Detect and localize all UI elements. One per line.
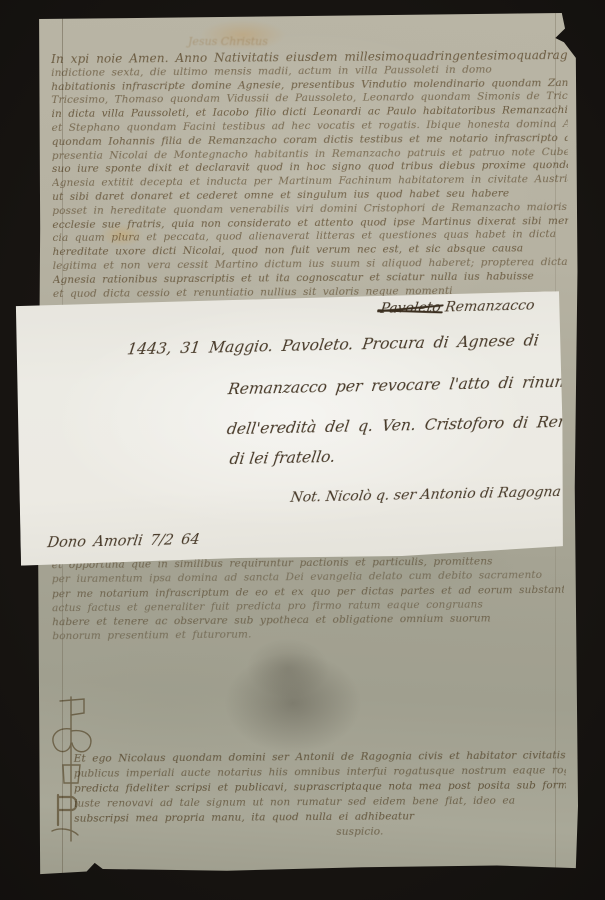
- manuscript-line: suspicio.: [336, 823, 566, 840]
- accession-note: Dono Amorli 7/2 64: [46, 532, 200, 551]
- notary-signum-icon: [38, 691, 108, 876]
- manuscript-middle-block: et opportuna que in similibus requiruntu…: [52, 554, 565, 644]
- invocation-heading: Jesus Christus: [188, 35, 368, 48]
- note-line: dell'eredità del q. Ven. Cristoforo di R…: [226, 411, 605, 438]
- note-line: di lei fratello.: [228, 448, 336, 468]
- note-line: Remanzacco per revocare l'atto di rinunz…: [227, 372, 588, 398]
- notary-attribution: Not. Nicolò q. ser Antonio di Ragogna: [289, 484, 562, 506]
- crossed-out-word: Pavoleto: [379, 300, 441, 317]
- archival-place-heading: Pavoleto Remanzacco: [379, 298, 535, 317]
- note-line: 1443, 31 Maggio. Pavoleto. Procura di Ag…: [126, 332, 540, 359]
- archivist-note-paper: Pavoleto Remanzacco 1443, 31 Maggio. Pav…: [14, 291, 566, 566]
- photograph-stage: Jesus Christus In xpi noie Amen. Anno Na…: [0, 0, 605, 900]
- manuscript-closing-block: Et ego Nicolaus quondam domini ser Anton…: [74, 748, 567, 841]
- manuscript-upper-block: In xpi noie Amen. Anno Nativitatis eiusd…: [51, 49, 569, 301]
- manuscript-line: bonorum presentium et futurorum.: [52, 625, 564, 644]
- place-word: Remanzacco: [444, 298, 535, 316]
